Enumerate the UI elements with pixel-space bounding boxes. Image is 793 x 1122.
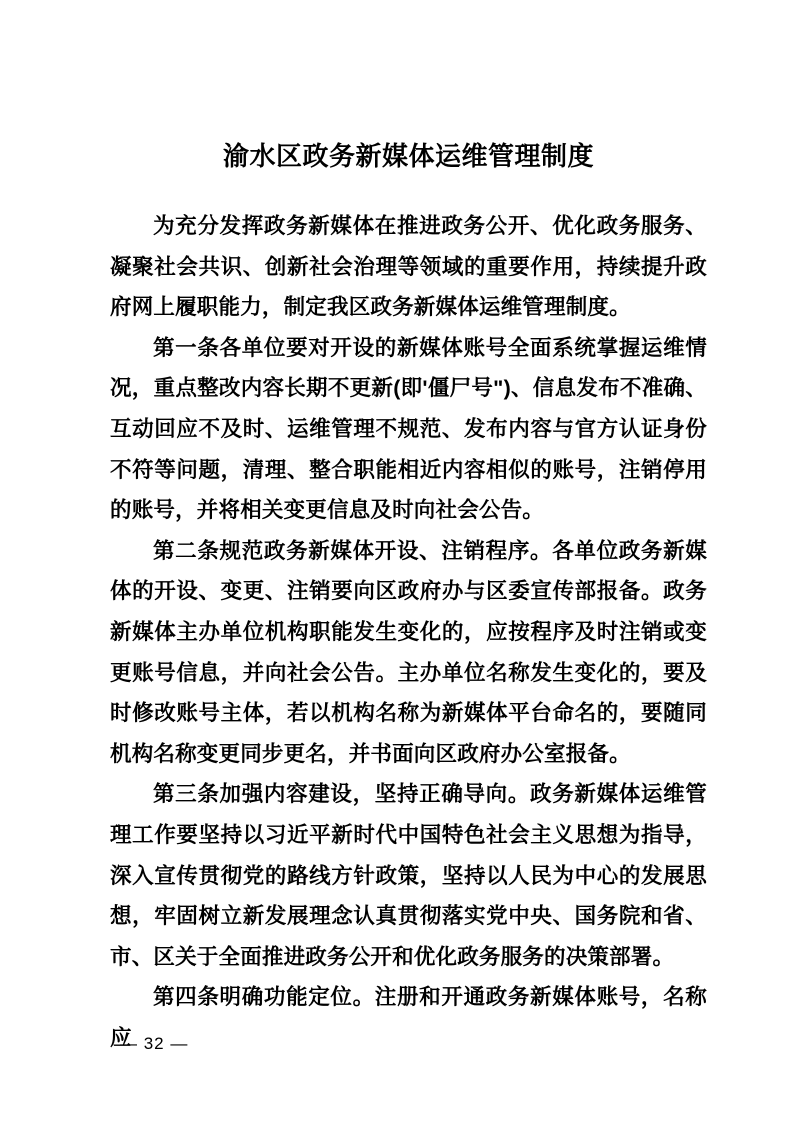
document-body: 为充分发挥政务新媒体在推进政务公开、优化政务服务、凝聚社会共识、创新社会治理等领… [110, 206, 707, 1058]
paragraph-intro: 为充分发挥政务新媒体在推进政务公开、优化政务服务、凝聚社会共识、创新社会治理等领… [110, 206, 707, 328]
document-content: 渝水区政务新媒体运维管理制度 为充分发挥政务新媒体在推进政务公开、优化政务服务、… [110, 140, 707, 1058]
paragraph-article-4: 第四条明确功能定位。注册和开通政务新媒体账号，名称应 [110, 977, 707, 1058]
page-number: — 32 — [120, 1034, 188, 1054]
paragraph-article-1: 第一条各单位要对开设的新媒体账号全面系统掌握运维情况，重点整改内容长期不更新(即… [110, 328, 707, 531]
document-page: 渝水区政务新媒体运维管理制度 为充分发挥政务新媒体在推进政务公开、优化政务服务、… [0, 0, 793, 1122]
document-title: 渝水区政务新媒体运维管理制度 [110, 140, 707, 172]
paragraph-article-2: 第二条规范政务新媒体开设、注销程序。各单位政务新媒体的开设、变更、注销要向区政府… [110, 531, 707, 775]
paragraph-article-3: 第三条加强内容建设，坚持正确导向。政务新媒体运维管理工作要坚持以习近平新时代中国… [110, 774, 707, 977]
